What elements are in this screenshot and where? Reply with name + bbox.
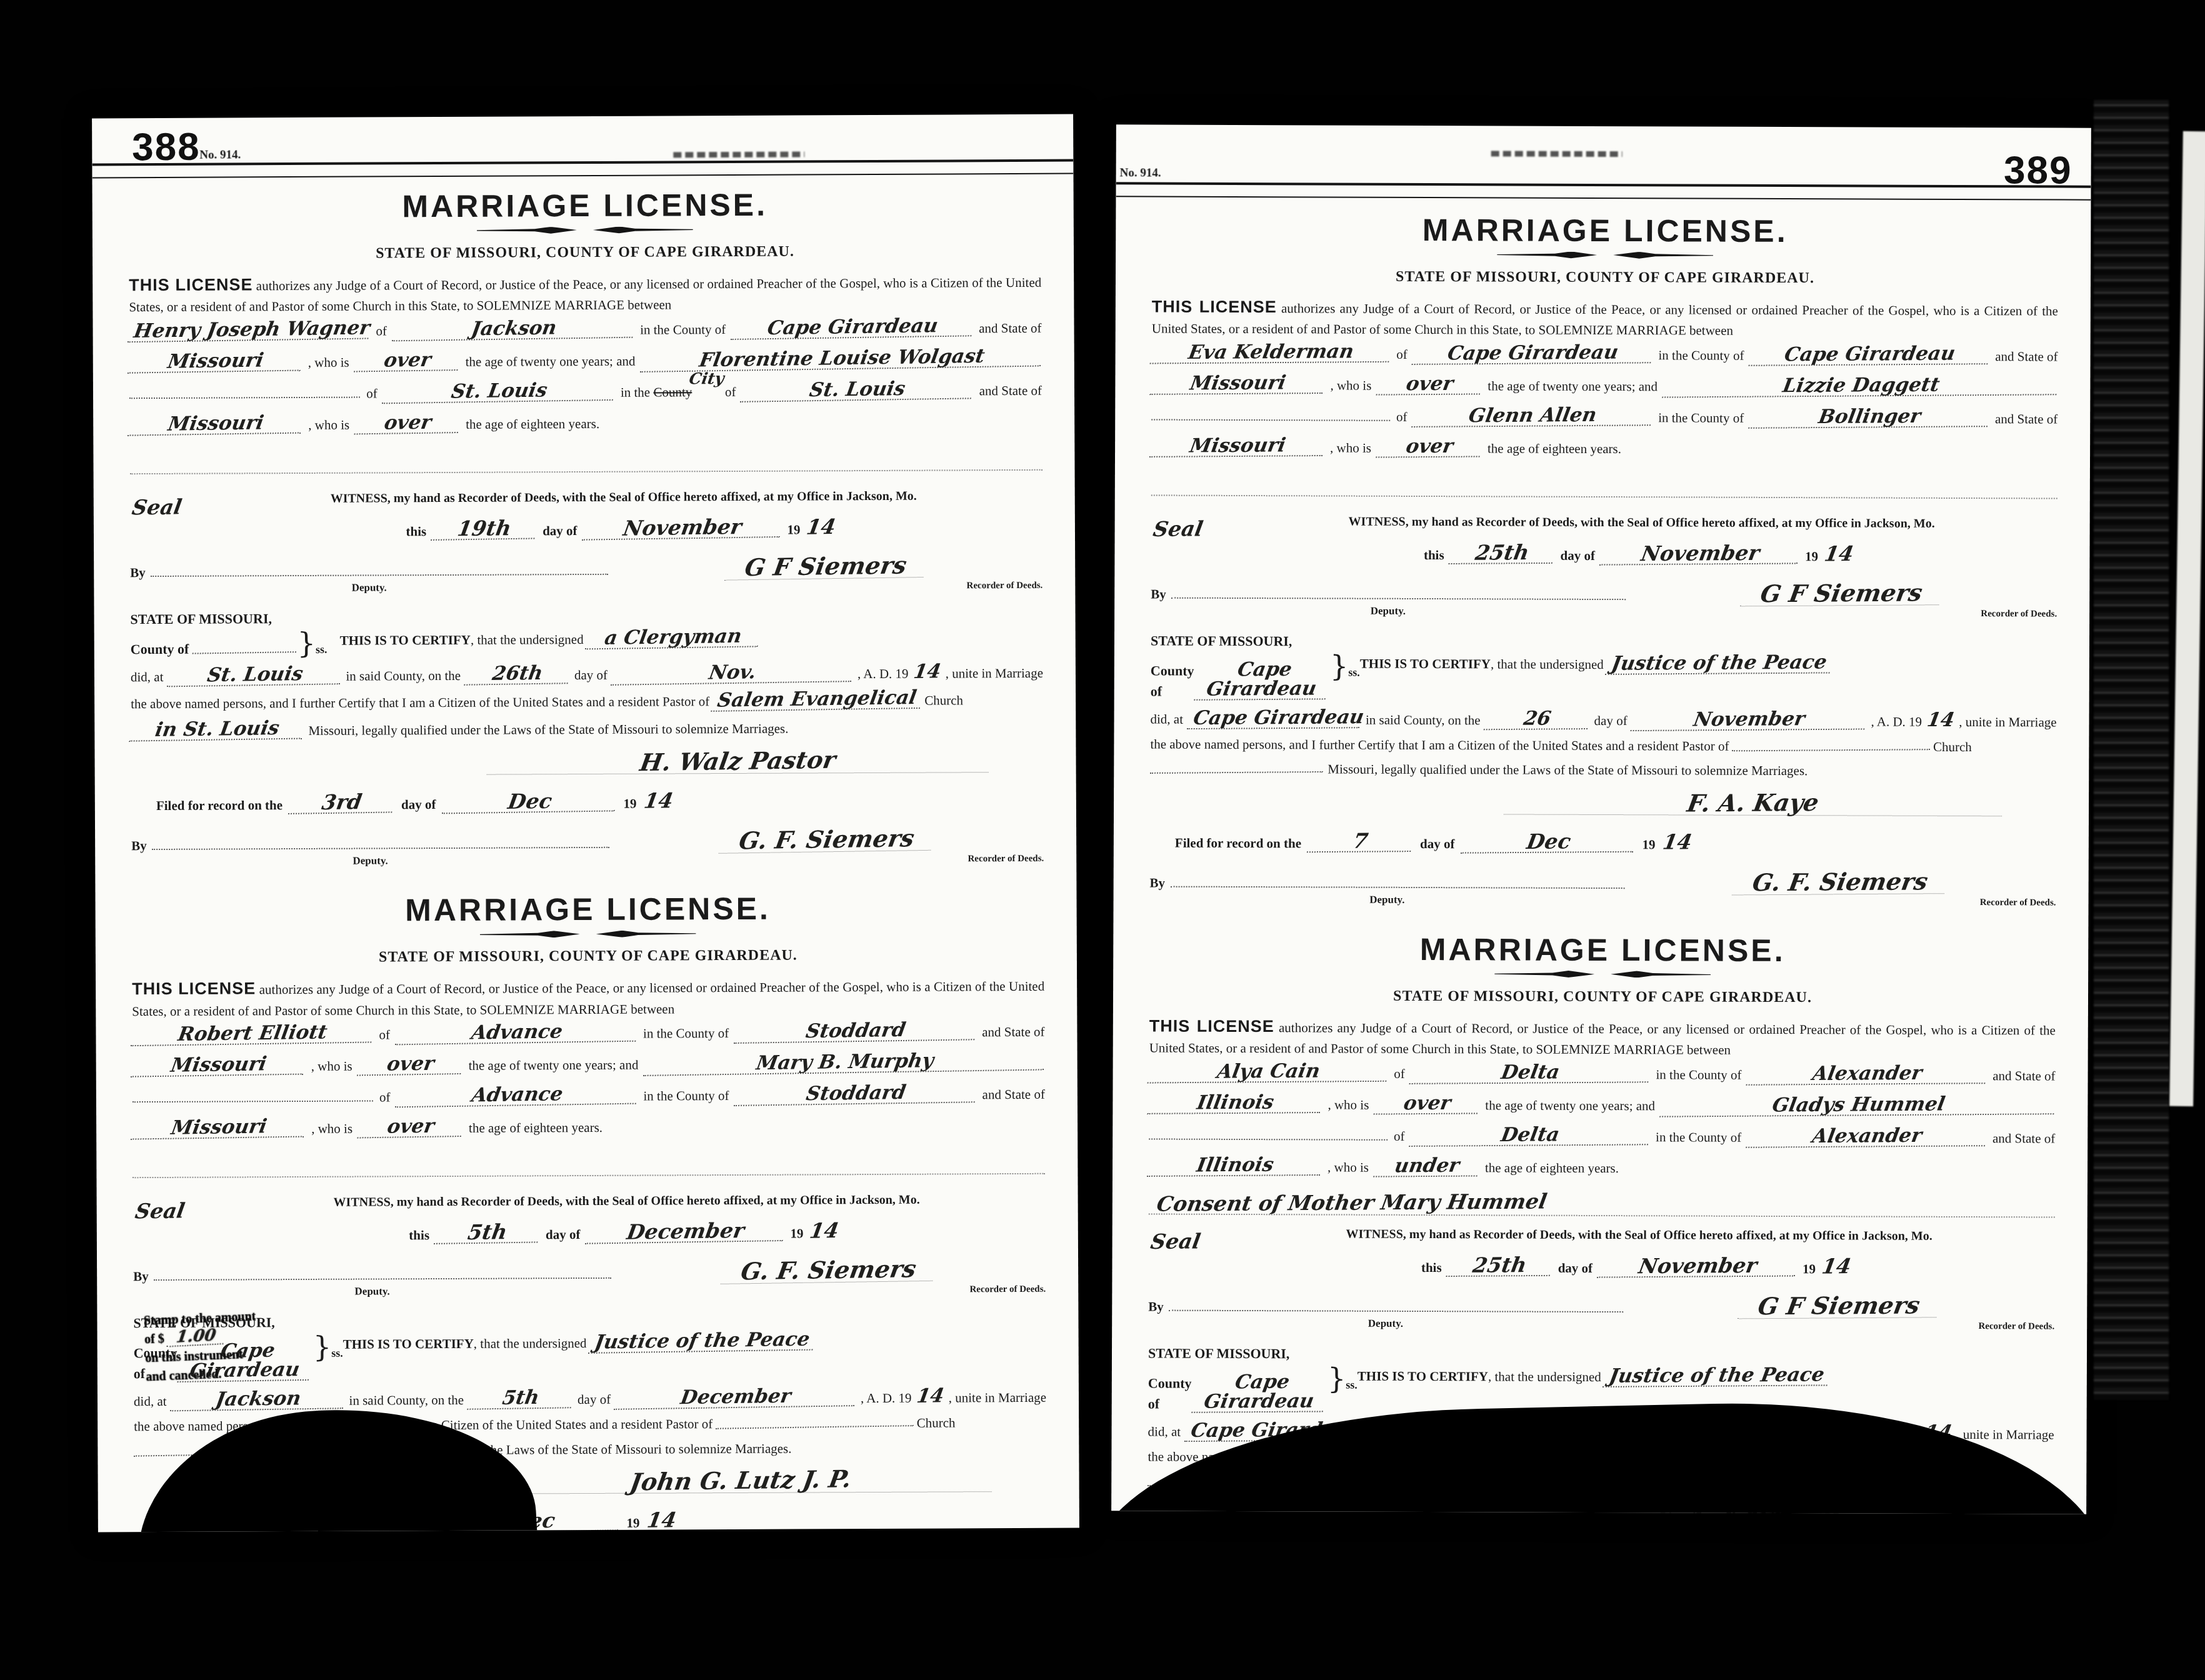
- bride-age-handwriting: over: [1376, 436, 1483, 457]
- stamp-amount-handwriting: 1.00: [166, 1327, 226, 1347]
- filed-line: Filed for record on the 3rd day of Dec 1…: [156, 789, 1044, 814]
- recorder-signature-handwriting: G F Siemers: [1740, 581, 1943, 606]
- recorder-label: Recorder of Deeds.: [608, 581, 1042, 593]
- groom-county-handwriting: Cape Girardeau: [730, 316, 974, 340]
- bride-state-handwriting: Illinois: [1147, 1155, 1323, 1177]
- city-correction-handwriting: City: [688, 371, 726, 387]
- seal-note-handwriting: Seal: [134, 1201, 186, 1222]
- bride-name-handwriting: Mary B. Murphy: [642, 1050, 1047, 1077]
- filed-year-handwriting: 14: [1661, 831, 1694, 852]
- bride-age-handwriting: over: [354, 412, 461, 434]
- bride-age-line: Missouri , who is over the age of eighte…: [129, 411, 1042, 446]
- certify-body: the above named persons, and I further C…: [131, 689, 1043, 714]
- groom-age-line: Missouri , who is over the age of twenty…: [132, 1052, 1045, 1087]
- marriage-license-form-kelderman: MARRIAGE LICENSE. STATE OF MISSOURI, COU…: [1150, 139, 2059, 908]
- seal-note-handwriting: Seal: [1149, 1231, 1202, 1252]
- bride-name-handwriting: Gladys Hummel: [1659, 1094, 2057, 1117]
- bride-residence-line: of Glenn Allen in the County of Bollinge…: [1151, 404, 2057, 439]
- bride-age-line: Illinois , who is under the age of eight…: [1149, 1155, 2055, 1189]
- title-ornament: [132, 927, 1044, 941]
- certify-block: STATE OF MISSOURI, County of }ss. THIS I…: [130, 605, 1044, 869]
- groom-residence-handwriting: Advance: [394, 1021, 639, 1046]
- filed-line: Filed for record on the 7 day of Dec 191…: [1175, 829, 2056, 854]
- bride-state-handwriting: Missouri: [131, 1117, 307, 1140]
- license-lead: THIS LICENSE: [129, 275, 252, 294]
- groom-name-handwriting: Alya Cain: [1147, 1061, 1389, 1084]
- witness-month-handwriting: November: [1597, 1254, 1799, 1277]
- certify-day-handwriting: 26: [1484, 709, 1591, 730]
- certify-county-handwriting: [192, 651, 297, 654]
- certify-date-line: did, at St. Louis in said County, on the…: [131, 662, 1043, 686]
- groom-residence-handwriting: Delta: [1409, 1062, 1652, 1084]
- certify-month-handwriting: Nov.: [611, 661, 854, 686]
- state-county-heading: STATE OF MISSOURI, COUNTY OF CAPE GIRARD…: [129, 242, 1041, 264]
- register-page-left: 388 No. 914. MARRIAGE LICENSE. STATE OF …: [92, 114, 1079, 1532]
- officiant-signature-line: F. A. Kaye: [1504, 790, 2002, 816]
- certify-year-handwriting: 14: [1925, 711, 1955, 730]
- filed-recorder-signature-handwriting: G. F. Siemers: [1732, 869, 1948, 895]
- officiant-signature-handwriting: F. A. Kaye: [1685, 791, 1820, 815]
- officiant-signature-handwriting: H. Walz Pastor: [638, 748, 837, 775]
- officiant-signature-line: H. Walz Pastor: [487, 749, 989, 776]
- title-ornament: [1149, 967, 2056, 981]
- deputy-blank: [151, 574, 608, 577]
- recorder-signature-handwriting: G. F. Siemers: [721, 1257, 937, 1284]
- witness-day-handwriting: 19th: [431, 517, 538, 540]
- witness-year-handwriting: 14: [1822, 543, 1855, 564]
- groom-name-handwriting: Eva Kelderman: [1149, 342, 1392, 364]
- county-strikethrough: County: [653, 384, 692, 399]
- officiant-signature-handwriting: John G. Lutz J. P.: [629, 1467, 854, 1494]
- groom-state-handwriting: Missouri: [127, 351, 304, 374]
- bride-county-handwriting: Stoddard: [734, 1082, 978, 1107]
- bride-county-handwriting: Bollinger: [1748, 406, 1991, 429]
- filed-month-handwriting: Dec: [441, 790, 617, 814]
- title-ornament: [129, 223, 1041, 237]
- seal-note-handwriting: Seal: [1152, 518, 1204, 539]
- groom-line: Eva Kelderman of Cape Girardeau in the C…: [1151, 342, 2057, 376]
- witness-day-handwriting: 25th: [1449, 542, 1556, 564]
- certify-day-handwriting: 26th: [464, 663, 571, 685]
- witness-year-handwriting: 14: [1820, 1256, 1852, 1276]
- seal-note-handwriting: Seal: [131, 496, 183, 517]
- bride-county-handwriting: Alexander: [1746, 1126, 1988, 1148]
- bride-county-handwriting: St. Louis: [740, 378, 974, 402]
- blank-rule: [1151, 469, 2057, 499]
- certify-county-handwriting: Cape Girardeau: [1191, 1372, 1329, 1412]
- certify-year-handwriting: 14: [915, 1387, 945, 1407]
- filed-year-handwriting: 14: [646, 1509, 677, 1531]
- witness-month-handwriting: November: [581, 516, 782, 541]
- bride-age-handwriting: over: [357, 1116, 464, 1138]
- certify-block: STATE OF MISSOURI, County of Cape Girard…: [1150, 630, 2057, 908]
- groom-residence-handwriting: Jackson: [391, 317, 636, 342]
- deputy-label: Deputy.: [130, 581, 608, 595]
- bride-residence-line: of St. Louis in the CountyCity of St. Lo…: [129, 379, 1042, 414]
- groom-age-handwriting: over: [1376, 374, 1483, 395]
- title-ornament: [1152, 248, 2058, 261]
- marriage-license-form-wagner: MARRIAGE LICENSE. STATE OF MISSOURI, COU…: [128, 114, 1044, 869]
- next-page-edge: [2169, 131, 2205, 1106]
- filed-recorder-signature-handwriting: G. F. Siemers: [719, 826, 935, 854]
- bride-state-handwriting: Missouri: [1149, 436, 1326, 457]
- filed-day-handwriting: 7: [1307, 830, 1414, 852]
- groom-age-handwriting: over: [354, 350, 461, 372]
- witness-text: WITNESS, my hand as Recorder of Deeds, w…: [205, 487, 1042, 508]
- bride-name-handwriting: Lizzie Daggett: [1662, 374, 2060, 397]
- groom-age-line: Illinois , who is over the age of twenty…: [1149, 1092, 2055, 1127]
- witness-day-handwriting: 25th: [1446, 1254, 1554, 1277]
- bride-state-handwriting: Missouri: [127, 413, 304, 436]
- witness-date-line: this 25th day of November 1914: [1257, 541, 2019, 566]
- groom-name-handwriting: Henry Joseph Wagner: [127, 318, 372, 342]
- register-page-right: No. 914. 389 MARRIAGE LICENSE. STATE OF …: [1111, 124, 2091, 1514]
- book-edge-streaks: [2094, 100, 2169, 1400]
- witness-date-line: this 5th day of December 1914: [239, 1220, 1008, 1245]
- groom-county-handwriting: Cape Girardeau: [1748, 344, 1991, 366]
- bride-age-handwriting: under: [1373, 1156, 1481, 1177]
- witness-date-line: this 19th day of November 1914: [236, 516, 1005, 541]
- revenue-stamp-note: Stamp to the amount of $ 1.00 on this in…: [143, 1306, 302, 1387]
- groom-residence-handwriting: Cape Girardeau: [1412, 342, 1654, 365]
- witness-month-handwriting: November: [1599, 542, 1801, 565]
- recorder-signature-handwriting: G F Siemers: [1737, 1293, 1941, 1319]
- filed-year-handwriting: 14: [642, 791, 674, 812]
- witness-year-handwriting: 14: [808, 1220, 840, 1241]
- license-paragraph: THIS LICENSE authorizes any Judge of a C…: [129, 272, 1041, 319]
- bride-residence-handwriting: Advance: [394, 1084, 639, 1108]
- witness-date-line: this 25th day of November 1914: [1254, 1254, 2017, 1278]
- church-location-handwriting: [1150, 771, 1323, 774]
- blank-rule: [132, 1148, 1045, 1178]
- certify-county-handwriting: Cape Girardeau: [1194, 659, 1332, 700]
- witness-year-handwriting: 14: [805, 516, 837, 537]
- undersigned-handwriting: Justice of the Peace: [1602, 1365, 1831, 1387]
- bride-residence-handwriting: Glenn Allen: [1411, 405, 1654, 427]
- groom-state-handwriting: Missouri: [131, 1054, 307, 1077]
- undersigned-handwriting: a Clergyman: [585, 626, 761, 649]
- filed-day-handwriting: 3rd: [288, 791, 396, 814]
- witness-block: Seal WITNESS, my hand as Recorder of Dee…: [133, 1191, 1046, 1299]
- blank-rule: [129, 444, 1042, 474]
- pastor-of-handwriting: [1732, 749, 1930, 751]
- pastor-of-handwriting: Salem Evangelical: [711, 688, 923, 712]
- groom-age-handwriting: over: [1373, 1093, 1481, 1114]
- bride-residence-handwriting: Delta: [1409, 1124, 1651, 1147]
- filed-signature-row: By Deputy. G. F. Siemers Recorder of Dee…: [131, 827, 1044, 868]
- undersigned-handwriting: Justice of the Peace: [1605, 652, 1833, 674]
- groom-state-handwriting: Missouri: [1149, 373, 1326, 395]
- witness-block: Seal WITNESS, my hand as Recorder of Dee…: [1148, 1224, 2055, 1332]
- undersigned-handwriting: Justice of the Peace: [588, 1330, 816, 1354]
- pastor-of-handwriting: [716, 1426, 914, 1430]
- form-title: MARRIAGE LICENSE.: [128, 114, 1041, 223]
- groom-age-handwriting: over: [357, 1054, 464, 1076]
- recorder-signature-handwriting: G F Siemers: [724, 553, 927, 581]
- consent-note-handwriting: Consent of Mother Mary Hummel: [1155, 1191, 1548, 1214]
- bride-residence-handwriting: St. Louis: [382, 380, 616, 404]
- performed-at-handwriting: St. Louis: [167, 664, 343, 687]
- recorder-signature-row: By Deputy. G F Siemers Recorder of Deeds…: [130, 554, 1042, 595]
- consent-note-line: Consent of Mother Mary Hummel: [1149, 1190, 2055, 1217]
- groom-state-handwriting: Illinois: [1147, 1092, 1323, 1114]
- certify-day-handwriting: 5th: [467, 1388, 574, 1410]
- groom-county-handwriting: Stoddard: [733, 1020, 977, 1044]
- certify-year-handwriting: 14: [912, 662, 942, 682]
- filed-month-handwriting: Dec: [1460, 831, 1636, 854]
- bride-age-line: Missouri , who is over the age of eighte…: [1151, 436, 2057, 470]
- bride-residence-line: of Delta in the County of Alexander and …: [1149, 1124, 2055, 1158]
- witness-block: Seal WITNESS, my hand as Recorder of Dee…: [130, 487, 1043, 595]
- bride-name-handwriting: Florentine Louise Wolgast: [639, 346, 1044, 372]
- witness-block: Seal WITNESS, my hand as Recorder of Dee…: [1151, 512, 2057, 619]
- groom-age-line: Missouri , who is over the age of twenty…: [1151, 373, 2057, 407]
- witness-day-handwriting: 5th: [434, 1221, 541, 1244]
- church-location-handwriting: in St. Louis: [129, 719, 305, 742]
- groom-county-handwriting: Alexander: [1746, 1063, 1988, 1086]
- performed-at-handwriting: Cape Girardeau: [1186, 707, 1362, 729]
- certify-month-handwriting: December: [614, 1386, 857, 1411]
- certify-month-handwriting: November: [1631, 709, 1868, 732]
- county-struck-label: in the CountyCity of: [621, 383, 736, 401]
- bride-age-line: Missouri , who is over the age of eighte…: [132, 1114, 1045, 1149]
- groom-line: Alya Cain of Delta in the County of Alex…: [1149, 1061, 2055, 1096]
- groom-name-handwriting: Robert Elliott: [130, 1022, 374, 1047]
- performed-at-handwriting: Jackson: [170, 1389, 346, 1412]
- scanned-register-photostat: 388 No. 914. MARRIAGE LICENSE. STATE OF …: [0, 0, 2205, 1680]
- witness-month-handwriting: December: [584, 1219, 786, 1244]
- bride-residence-line: of Advance in the County of Stoddard and…: [132, 1083, 1045, 1118]
- officiant-signature-line: John G. Lutz J. P.: [490, 1467, 992, 1494]
